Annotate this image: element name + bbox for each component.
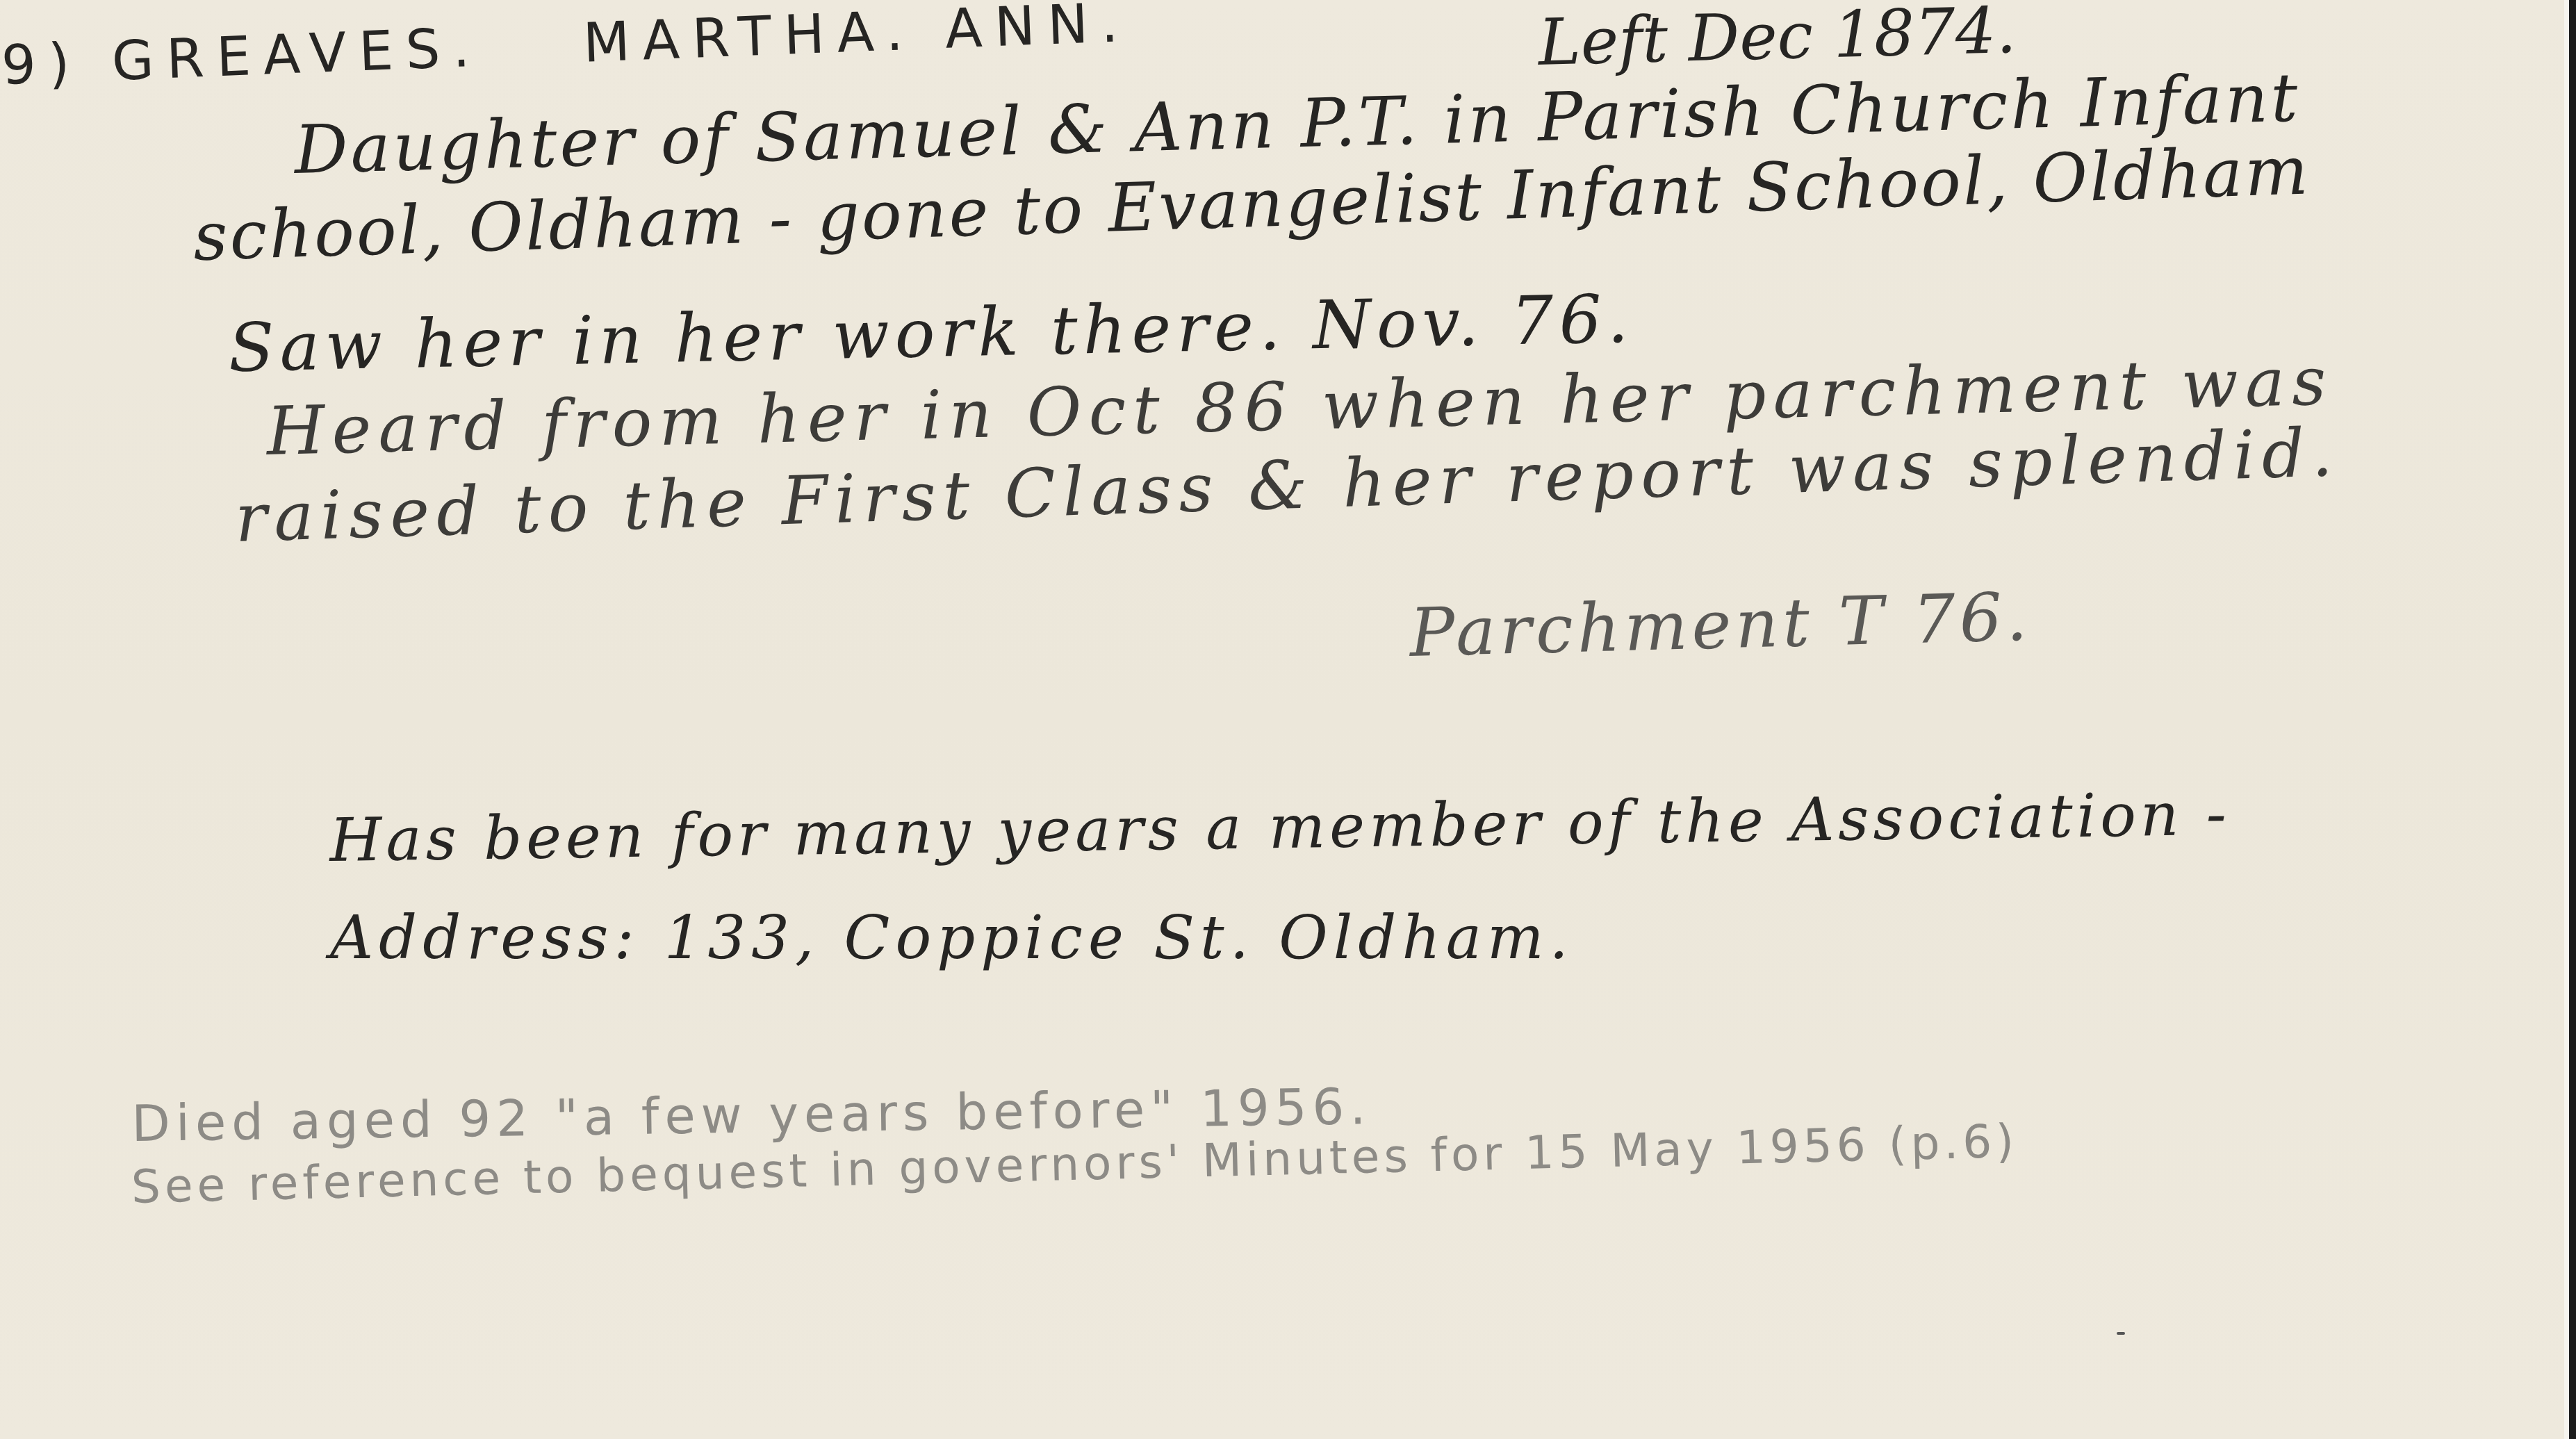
record-card: 9) GREAVES. MARTHA. ANN. Left Dec 1874. … — [0, 0, 2569, 1439]
page-edge-highlight — [2564, 0, 2569, 1439]
given-names: MARTHA. ANN. — [582, 0, 1132, 75]
entry-number: 9) — [1, 32, 83, 97]
association-line: Has been for many years a member of the … — [329, 780, 2231, 875]
parchment-note: Parchment T 76. — [1409, 578, 2033, 672]
address-line: Address: 133, Coppice St. Oldham. — [330, 903, 1574, 973]
ink-speck — [2117, 1332, 2125, 1335]
page-edge — [2569, 0, 2576, 1439]
surname: GREAVES. — [110, 16, 483, 92]
entry-header: 9) GREAVES. MARTHA. ANN. — [1, 0, 1132, 97]
